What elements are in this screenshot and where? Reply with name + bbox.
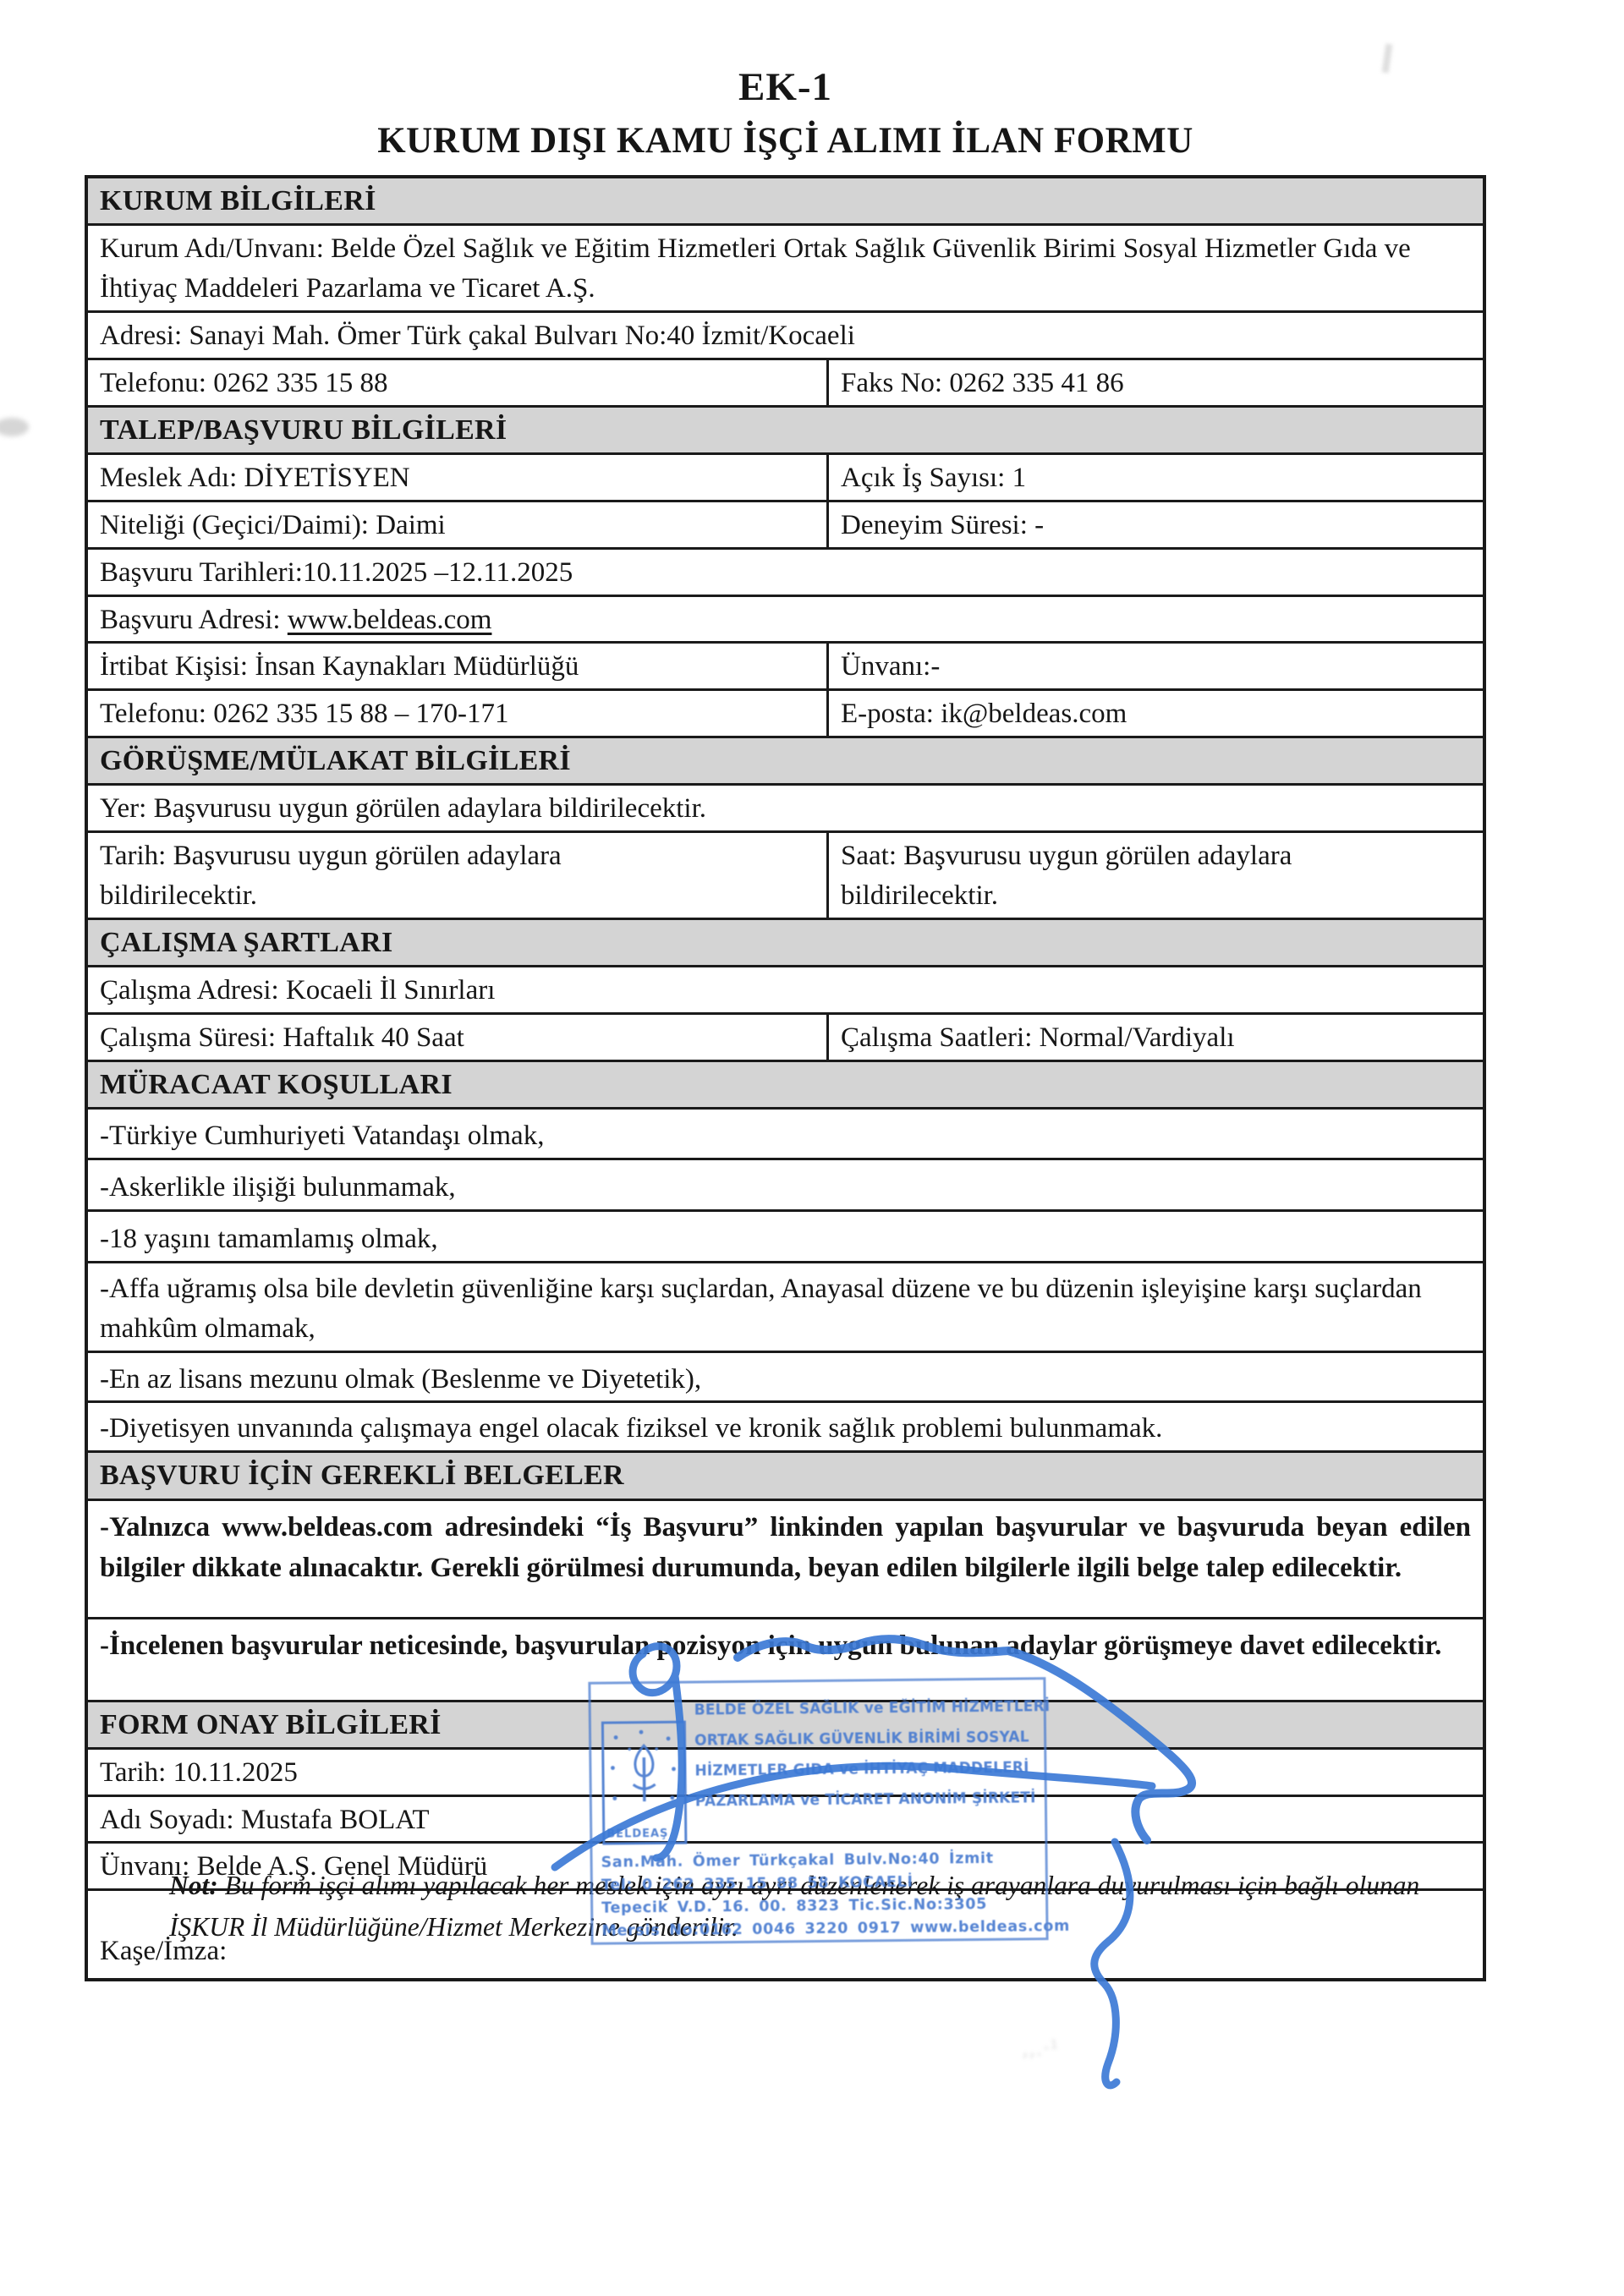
eposta-cell: E-posta: ik@beldeas.com [826, 691, 1483, 736]
calisma-saatleri-cell: Çalışma Saatleri: Normal/Vardiyalı [826, 1015, 1483, 1060]
row-belge-degerlendirme: -İncelenen başvurular neticesinde, başvu… [88, 1617, 1483, 1700]
row-irtibat-unvani: İrtibat Kişisi: İnsan Kaynakları Müdürlü… [88, 641, 1483, 688]
announcement-form-table: KURUM BİLGİLERİ Kurum Adı/Unvanı: Belde … [85, 175, 1486, 1981]
row-meslek-acikis: Meslek Adı: DİYETİSYEN Açık İş Sayısı: 1 [88, 452, 1483, 500]
section-header-form-onay: FORM ONAY BİLGİLERİ [88, 1700, 1483, 1747]
footer-note-label: Not: [169, 1871, 218, 1900]
row-kosul-saglik: -Diyetisyen unvanında çalışmaya engel ol… [88, 1400, 1483, 1450]
basvuru-adresi-url: www.beldeas.com [288, 605, 492, 635]
row-basvuru-tarihleri: Başvuru Tarihleri:10.11.2025 –12.11.2025 [88, 547, 1483, 595]
telefon2-cell: Telefonu: 0262 335 15 88 – 170-171 [88, 691, 826, 736]
row-kurum-adi: Kurum Adı/Unvanı: Belde Özel Sağlık ve E… [88, 223, 1483, 310]
row-kosul-askerlik: -Askerlikle ilişiği bulunmamak, [88, 1158, 1483, 1209]
row-basvuru-adresi: Başvuru Adresi: www.beldeas.com [88, 595, 1483, 642]
row-suresi-saatleri: Çalışma Süresi: Haftalık 40 Saat Çalışma… [88, 1012, 1483, 1060]
acik-is-cell: Açık İş Sayısı: 1 [826, 455, 1483, 500]
meslek-cell: Meslek Adı: DİYETİSYEN [88, 455, 826, 500]
row-belge-basvuru-sekli: -Yalnızca www.beldeas.com adresindeki “İ… [88, 1499, 1483, 1617]
row-telefon2-eposta: Telefonu: 0262 335 15 88 – 170-171 E-pos… [88, 688, 1483, 736]
section-header-gorusme-mulakat: GÖRÜŞME/MÜLAKAT BİLGİLERİ [88, 736, 1483, 783]
section-header-talep-basvuru: TALEP/BAŞVURU BİLGİLERİ [88, 405, 1483, 452]
row-kosul-lisans: -En az lisans mezunu olmak (Beslenme ve … [88, 1351, 1483, 1401]
row-onay-tarih: Tarih: 10.11.2025 [88, 1747, 1483, 1795]
calisma-suresi-cell: Çalışma Süresi: Haftalık 40 Saat [88, 1015, 826, 1060]
footer-note-text: Bu form işçi alımı yapılacak her meslek … [169, 1871, 1419, 1942]
section-header-muracaat-kosullari: MÜRACAAT KOŞULLARI [88, 1060, 1483, 1107]
deneyim-cell: Deneyim Süresi: - [826, 502, 1483, 547]
row-kosul-yas: -18 yaşını tamamlamış olmak, [88, 1209, 1483, 1261]
basvuru-adresi-label: Başvuru Adresi: [100, 605, 288, 635]
telefon-cell: Telefonu: 0262 335 15 88 [88, 360, 826, 405]
row-niteligi-deneyim: Niteliği (Geçici/Daimi): Daimi Deneyim S… [88, 500, 1483, 547]
row-adresi: Adresi: Sanayi Mah. Ömer Türk çakal Bulv… [88, 310, 1483, 358]
row-telefon-faks: Telefonu: 0262 335 15 88 Faks No: 0262 3… [88, 358, 1483, 405]
niteligi-cell: Niteliği (Geçici/Daimi): Daimi [88, 502, 826, 547]
section-header-kurum-bilgileri: KURUM BİLGİLERİ [88, 178, 1483, 223]
row-tarih-saat: Tarih: Başvurusu uygun görülen adaylara … [88, 830, 1483, 918]
mulakat-tarih-cell: Tarih: Başvurusu uygun görülen adaylara … [88, 833, 826, 918]
doc-title: KURUM DIŞI KAMU İŞÇİ ALIMI İLAN FORMU [85, 120, 1486, 162]
scan-smudge-left [0, 418, 29, 436]
section-header-gerekli-belgeler: BAŞVURU İÇİN GEREKLİ BELGELER [88, 1450, 1483, 1498]
row-yer: Yer: Başvurusu uygun görülen adaylara bi… [88, 783, 1483, 830]
row-calisma-adresi: Çalışma Adresi: Kocaeli İl Sınırları [88, 965, 1483, 1012]
scanned-form-page: { "doc": { "code": "EK-1", "title": "KUR… [0, 0, 1624, 2296]
footer-note: Not: Bu form işçi alımı yapılacak her me… [169, 1866, 1438, 1948]
scan-smudge-bottom-right: ,,.·¹ [1022, 2036, 1084, 2080]
row-kosul-vatandaslik: -Türkiye Cumhuriyeti Vatandaşı olmak, [88, 1107, 1483, 1158]
row-adi-soyadi: Adı Soyadı: Mustafa BOLAT [88, 1795, 1483, 1842]
unvani-cell: Ünvanı:- [826, 644, 1483, 688]
row-kosul-affa: -Affa uğramış olsa bile devletin güvenli… [88, 1261, 1483, 1351]
faks-cell: Faks No: 0262 335 41 86 [826, 360, 1483, 405]
section-header-calisma-sartlari: ÇALIŞMA ŞARTLARI [88, 918, 1483, 965]
mulakat-saat-cell: Saat: Başvurusu uygun görülen adaylara b… [826, 833, 1483, 918]
doc-code: EK-1 [85, 64, 1486, 110]
irtibat-cell: İrtibat Kişisi: İnsan Kaynakları Müdürlü… [88, 644, 826, 688]
